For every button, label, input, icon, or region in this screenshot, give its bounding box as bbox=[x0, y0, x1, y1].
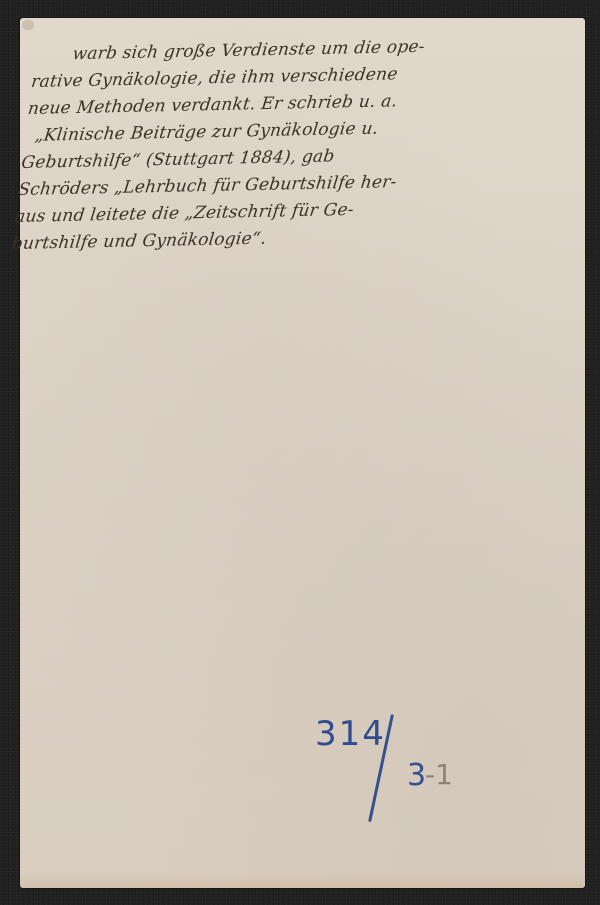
archive-number-mark: 314 3 -1 bbox=[315, 714, 485, 844]
archive-number-bottom: 3 bbox=[407, 758, 426, 793]
archive-number-top: 314 bbox=[315, 714, 386, 754]
archive-number-pencil-suffix: -1 bbox=[425, 758, 453, 791]
handwritten-text: warb sich große Verdienste um die ope- r… bbox=[10, 31, 577, 258]
index-card: warb sich große Verdienste um die ope- r… bbox=[20, 18, 585, 888]
corner-stain bbox=[22, 20, 34, 30]
